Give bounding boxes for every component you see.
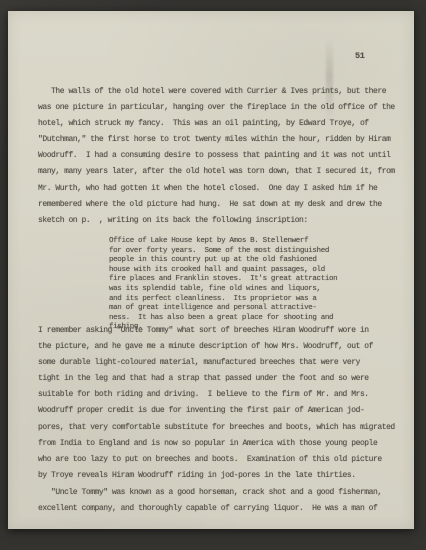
text-line: "Uncle Tommy" was known as a good horsem… bbox=[38, 485, 410, 501]
text-line: many, many years later, after the old ho… bbox=[38, 164, 410, 180]
text-line: hotel, which struck my fancy. This was a… bbox=[38, 116, 410, 132]
text-line: excellent company, and thoroughly capabl… bbox=[38, 501, 410, 517]
text-line: house with its crooked hall and quaint p… bbox=[109, 266, 349, 276]
text-line: pores, that very comfortable substitute … bbox=[38, 420, 410, 436]
paragraph-1: The walls of the old hotel were covered … bbox=[38, 84, 410, 229]
text-line: Mr. Wurth, who had gotten it when the ho… bbox=[38, 181, 410, 197]
text-line: was one picture in particular, hanging o… bbox=[38, 100, 410, 116]
text-line: and its perfect cleanliness. Its proprie… bbox=[109, 295, 349, 305]
paragraph-3: "Uncle Tommy" was known as a good horsem… bbox=[38, 485, 410, 517]
manuscript-page: 51 The walls of the old hotel were cover… bbox=[8, 11, 414, 529]
text-line: Office of Lake House kept by Amos B. Ste… bbox=[109, 237, 349, 247]
text-line: ness. It has also been a great place for… bbox=[109, 314, 349, 324]
text-line: suitable for both riding and driving. I … bbox=[38, 387, 410, 403]
text-line: Woodruff. I had a consuming desire to po… bbox=[38, 148, 410, 164]
text-line: remembered where the old picture had hun… bbox=[38, 197, 410, 213]
text-line: who are too lazy to put on breeches and … bbox=[38, 452, 410, 468]
text-line: for over forty years. Some of the most d… bbox=[109, 247, 349, 257]
text-line: from India to England and is now so popu… bbox=[38, 436, 410, 452]
text-line: some durable light-coloured material, ma… bbox=[38, 355, 410, 371]
text-line: I remember asking "Uncle Tommy" what sor… bbox=[38, 323, 410, 339]
paragraph-2: I remember asking "Uncle Tommy" what sor… bbox=[38, 323, 410, 484]
text-line: The walls of the old hotel were covered … bbox=[38, 84, 410, 100]
inscription-block: Office of Lake House kept by Amos B. Ste… bbox=[109, 237, 349, 333]
page-number: 51 bbox=[355, 51, 365, 61]
text-line: by Troye reveals Hiram Woodruff riding i… bbox=[38, 468, 410, 484]
text-line: fire places and Franklin stoves. It's gr… bbox=[109, 275, 349, 285]
text-line: Woodruff proper credit is due for invent… bbox=[38, 403, 410, 419]
text-line: people in this country put up at the old… bbox=[109, 256, 349, 266]
text-line: tight in the leg and that had a strap th… bbox=[38, 371, 410, 387]
photo-background: 51 The walls of the old hotel were cover… bbox=[0, 0, 426, 550]
text-line: the picture, and he gave me a minute des… bbox=[38, 339, 410, 355]
text-line: "Dutchman," the first horse to trot twen… bbox=[38, 132, 410, 148]
text-line: was its splendid table, fine old wines a… bbox=[109, 285, 349, 295]
text-line: sketch on p. , writing on its back the f… bbox=[38, 213, 410, 229]
text-line: man of great intelligence and personal a… bbox=[109, 304, 349, 314]
